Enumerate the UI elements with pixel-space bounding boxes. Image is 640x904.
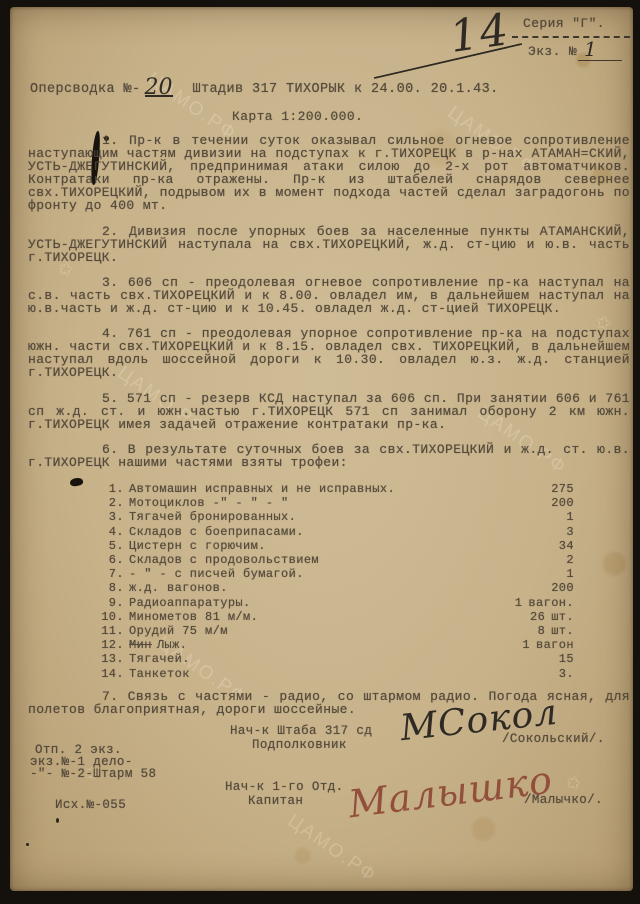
trophy-item-label: Автомашин исправных и не исправных. (129, 483, 395, 495)
trophy-item-label: Минометов 81 м/м. (129, 611, 258, 623)
report-paragraph: 1. Пр-к в течении суток оказывал сильное… (28, 134, 630, 213)
trophy-item-label: Складов с боеприпасами. (129, 526, 304, 538)
dot-leader (301, 509, 537, 520)
dot-leader (195, 651, 537, 662)
trophy-item-value: 1 (498, 639, 530, 651)
dot-leader (192, 637, 493, 648)
trophy-item-number: 2. (94, 497, 124, 509)
trophy-item-unit: вагон (536, 639, 574, 651)
trophy-item-value: 34 (542, 540, 574, 552)
trophy-item-number: 7. (94, 568, 124, 580)
trophy-item-number: 9. (94, 597, 124, 609)
typed-name-sokolsky: /Сокольский/. (502, 733, 605, 746)
trophy-item-label: Тягачей бронированных. (129, 511, 296, 523)
trophy-list-item: 5. Цистерн с горючим. 34 (94, 538, 574, 552)
dot-leader (263, 609, 508, 620)
trophy-item-value: 1 (542, 511, 574, 523)
trophy-item-label: Орудий 75 м/м (129, 625, 228, 637)
trophy-item-number: 4. (94, 526, 124, 538)
ink-speck (26, 843, 29, 846)
dot-leader (309, 566, 537, 577)
trophy-item-value: 26 (513, 611, 545, 623)
trophy-item-label: Тягачей. (129, 653, 190, 665)
trophy-item-label: Мотоциклов -" - " - " (129, 497, 289, 509)
trophy-item-unit: шт. (551, 625, 574, 637)
trophy-item-number: 14. (94, 668, 124, 680)
report-paragraph: 6. В результате суточных боев за свх.ТИХ… (28, 443, 630, 469)
dashed-line (512, 36, 630, 38)
trophy-item-unit: шт. (551, 611, 574, 623)
chief-of-staff-title: Нач-к Штаба 317 сд (230, 725, 372, 738)
report-paragraph: 4. 761 сп - преодолевая упорное сопротив… (28, 327, 630, 379)
trophy-item-label: Лыж. (157, 639, 187, 651)
trophy-item-label: Складов с продовольствием (129, 554, 319, 566)
trophy-item-value: 15 (542, 653, 574, 665)
dot-leader (233, 580, 537, 591)
scanned-document-page: { "colors": { "paper": "#c7b28a", "typed… (0, 0, 640, 904)
trophy-item-label: Радиоаппаратуры. (129, 597, 251, 609)
trophy-list-item: 11. Орудий 75 м/м 8 шт. (94, 623, 574, 637)
report-paragraph: 2. Дивизия после упорных боев за населен… (28, 225, 630, 264)
copy-number-underline (578, 60, 622, 61)
trophy-item-label: Танкеток (129, 668, 190, 680)
trophy-item-number: 11. (94, 625, 124, 637)
handwritten-copy-number: 1 (584, 37, 597, 61)
typed-name-malyshko: /Малычко/. (524, 794, 603, 807)
trophy-list-item: 14. Танкеток 3. (94, 666, 574, 680)
trophy-item-number: 5. (94, 540, 124, 552)
trophy-list-item: 8. ж.д. вагонов. 200 (94, 580, 574, 594)
trophy-item-struck-word: Мин (129, 639, 152, 651)
trophy-item-value: 3. (542, 668, 574, 680)
document-title: Оперсводка №- 20 Штадив 317 ТИХОРЫК к 24… (30, 79, 499, 97)
trophy-item-number: 10. (94, 611, 124, 623)
trophy-list-item: 10. Минометов 81 м/м. 26 шт. (94, 609, 574, 623)
trophy-list-item: 9. Радиоаппаратуры. 1 вагон. (94, 595, 574, 609)
dot-leader (256, 595, 486, 606)
trophy-list-item: 7. - " - с писчей бумагой. 1 (94, 566, 574, 580)
trophy-item-number: 12. (94, 639, 124, 651)
trophy-item-value: 8 (513, 625, 545, 637)
trophy-item-label: - " - с писчей бумагой. (129, 568, 304, 580)
trophy-item-number: 8. (94, 582, 124, 594)
chief-first-dept-title: Нач-к 1-го Отд. (225, 781, 344, 794)
trophy-list-item: 13. Тягачей. 15 (94, 651, 574, 665)
chief-of-staff-rank: Подполковник (252, 739, 347, 752)
trophy-item-value: 1 (490, 597, 522, 609)
dot-leader (271, 538, 537, 549)
dot-leader (309, 524, 537, 535)
trophy-list-item: 12. Мин Лыж. 1 вагон (94, 637, 574, 651)
trophy-item-number: 6. (94, 554, 124, 566)
title-prefix: Оперсводка №- (30, 82, 141, 97)
outgoing-number: Исх.№-055 (55, 799, 126, 812)
trophy-item-value: 1 (542, 568, 574, 580)
dot-leader (324, 552, 537, 563)
trophy-item-unit: вагон. (528, 597, 574, 609)
trophy-item-number: 1. (94, 483, 124, 495)
trophy-list-item: 3. Тягачей бронированных. 1 (94, 509, 574, 523)
ink-speck (56, 818, 59, 823)
dot-leader (400, 481, 537, 492)
trophy-list-item: 2. Мотоциклов -" - " - " 200 (94, 495, 574, 509)
map-scale-line: Карта 1:200.000. (232, 109, 363, 124)
copy-label: Экз. № (528, 44, 577, 59)
trophy-item-value: 200 (542, 497, 574, 509)
trophy-list: 1. Автомашин исправных и не исправных. 2… (94, 481, 574, 680)
trophy-item-value: 3 (542, 526, 574, 538)
report-paragraph: 3. 606 сп - преодолевая огневое сопротив… (28, 276, 630, 315)
report-body: 1. Пр-к в течении суток оказывал сильное… (28, 134, 630, 728)
trophy-list-item: 1. Автомашин исправных и не исправных. 2… (94, 481, 574, 495)
trophy-item-label: ж.д. вагонов. (129, 582, 228, 594)
copies-note-line3: -"- №-2-Штарм 58 (30, 768, 156, 781)
trophy-list-item: 4. Складов с боеприпасами. 3 (94, 524, 574, 538)
trophy-list-item: 6. Складов с продовольствием 2 (94, 552, 574, 566)
trophy-item-value: 2 (542, 554, 574, 566)
dot-leader (294, 495, 537, 506)
dot-leader (233, 623, 508, 634)
trophy-item-number: 3. (94, 511, 124, 523)
chief-first-dept-rank: Капитан (248, 795, 303, 808)
trophy-item-value: 275 (542, 483, 574, 495)
title-rest: Штадив 317 ТИХОРЫК к 24.00. 20.1.43. (193, 82, 499, 97)
dot-leader (195, 666, 537, 677)
trophy-item-label: Цистерн с горючим. (129, 540, 266, 552)
trophy-item-value: 200 (542, 582, 574, 594)
trophy-item-number: 13. (94, 653, 124, 665)
report-paragraph: 5. 571 сп - резерв КСД наступал за 606 с… (28, 392, 630, 431)
series-label: Серия "Г". (523, 16, 605, 31)
handwritten-report-number: 20 (145, 81, 173, 97)
